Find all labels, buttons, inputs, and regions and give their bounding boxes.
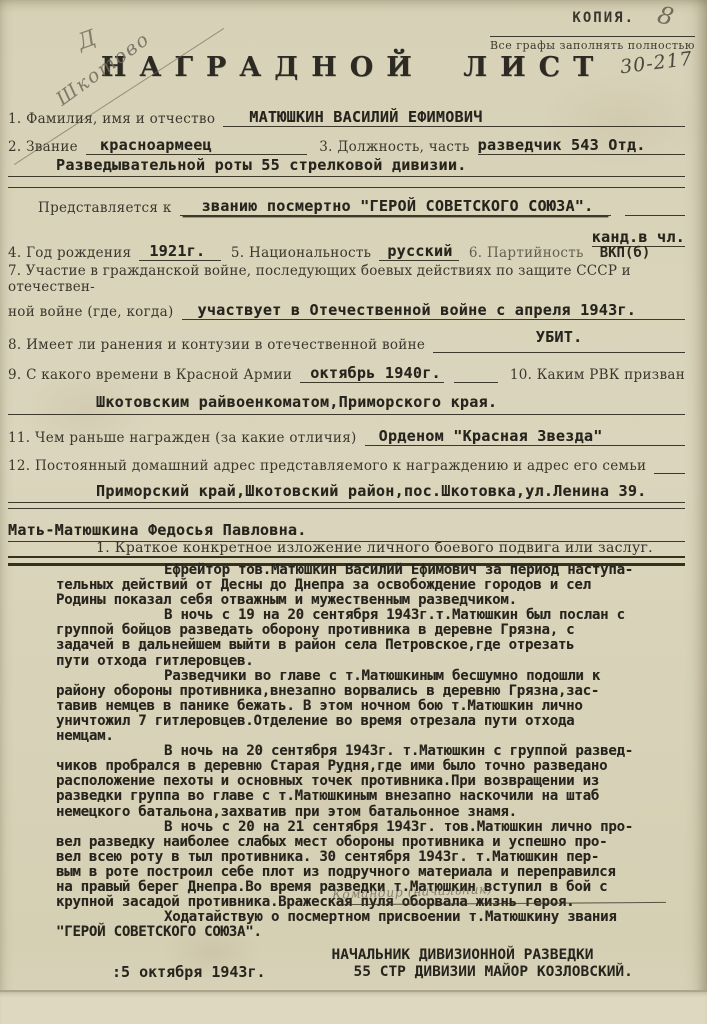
field-position-continuation: Разведывательной роты 55 стрелковой диви… xyxy=(8,156,685,177)
field-rvk-value: Шкотовским райвоенкоматом,Приморского кр… xyxy=(8,393,497,411)
field-position-value: разведчик 543 Отд. xyxy=(478,136,685,155)
field-wounds-underline: УБИТ. xyxy=(433,333,685,353)
field-rank-position-row: 2. Звание красноармеец 3. Должность, час… xyxy=(8,136,685,155)
feat-paragraph: Ходатайствую о посмертном присвоении т.М… xyxy=(56,910,665,940)
field-address-value: Приморский край,Шкотовский район,пос.Шко… xyxy=(8,482,647,500)
field-name-row: 1. Фамилия, имя и отчество МАТЮШКИН ВАСИ… xyxy=(8,108,685,127)
field-rvk-value-row: Шкотовским райвоенкоматом,Приморского кр… xyxy=(8,393,685,415)
signer: НАЧАЛЬНИК ДИВИЗИОННОЙ РАЗВЕДКИ 55 СТР ДИ… xyxy=(332,947,633,981)
field-presented-value: званию посмертно "ГЕРОЙ СОВЕТСКОГО СОЮЗА… xyxy=(180,197,611,216)
field-address-label: 12. Постоянный домашний адрес представля… xyxy=(8,458,654,474)
field-birthyear-value: 1921г. xyxy=(139,242,221,261)
field-party-value-line2: ВКП(б) xyxy=(592,245,685,261)
field-war-participation-row: ной войне (где, когда) участвует в Отече… xyxy=(8,301,685,320)
field-birth-nationality-party-row: 4. Год рождения 1921г. 5. Национальность… xyxy=(8,228,685,261)
field-name-label: 1. Фамилия, имя и отчество xyxy=(8,111,223,127)
fill-all-fields-note: Все графы заполнять полностью xyxy=(490,36,695,52)
feat-section-heading: 1. Краткое конкретное изложение личного … xyxy=(96,540,653,556)
field-war-participation-label2: ной войне (где, когда) xyxy=(8,304,182,320)
field-party-label: 6. Партийность xyxy=(459,245,592,261)
feat-paragraph: В ночь с 19 на 20 сентября 1943г.т.Матюш… xyxy=(56,608,665,668)
document-date: :5 октября 1943г. xyxy=(112,963,266,981)
handwritten-page-number: 8 xyxy=(655,1,677,32)
field-rank-label: 2. Звание xyxy=(8,139,86,155)
copy-stamp: КОПИЯ. xyxy=(572,10,635,26)
paper-bottom-edge xyxy=(0,990,707,1024)
field-war-participation-value: участвует в Отечественной войне с апреля… xyxy=(182,301,685,320)
feat-paragraph: Разведчики во главе с т.Матюшкиным бесшу… xyxy=(56,669,665,744)
field-prior-awards-label: 11. Чем раньше награжден (за какие отлич… xyxy=(8,430,365,446)
field-nationality-label: 5. Национальность xyxy=(221,245,379,261)
field-position-value-cont: Разведывательной роты 55 стрелковой диви… xyxy=(8,156,467,174)
pencil-initial: Д xyxy=(74,26,99,56)
field-address-value-row: Приморский край,Шкотовский район,пос.Шко… xyxy=(8,482,685,503)
signer-name: 55 СТР ДИВИЗИИ МАЙОР КОЗЛОВСКИЙ. xyxy=(332,964,633,981)
field-presented-row: Представляется к званию посмертно "ГЕРОЙ… xyxy=(8,197,685,216)
signer-title: НАЧАЛЬНИК ДИВИЗИОННОЙ РАЗВЕДКИ xyxy=(332,947,633,964)
field-prior-awards-value: Орденом "Красная Звезда" xyxy=(365,427,685,446)
field-position-label: 3. Должность, часть xyxy=(307,139,477,155)
field-army-since-value: октябрь 1940г. xyxy=(300,364,444,383)
field-wounds-value: УБИТ. xyxy=(536,328,583,346)
form-fields: 1. Фамилия, имя и отчество МАТЮШКИН ВАСИ… xyxy=(8,100,685,566)
award-sheet-document: КОПИЯ. 8 Все графы заполнять полностью Н… xyxy=(0,0,707,1024)
field-rvk-label: 10. Каким РВК призван xyxy=(498,367,685,383)
field-rank-value: красноармеец xyxy=(86,136,307,155)
field-name-value: МАТЮШКИН ВАСИЛИЙ ЕФИМОВИЧ xyxy=(223,108,685,127)
field-wounds-row: 8. Имеет ли ранения и контузии в отечест… xyxy=(8,333,685,353)
signature-block: :5 октября 1943г. НАЧАЛЬНИК ДИВИЗИОННОЙ … xyxy=(8,947,685,981)
field-birthyear-label: 4. Год рождения xyxy=(8,245,139,261)
feat-paragraph: Ефрейтор тов.Матюшкин Василий Ефимович з… xyxy=(56,563,665,608)
feat-paragraph: В ночь на 20 сентября 1943г. т.Матюшкин … xyxy=(56,744,665,819)
field-nationality-value: русский xyxy=(379,242,459,261)
field-party-value-stack: канд.в чл. ВКП(б) xyxy=(592,228,685,261)
feat-description: Ефрейтор тов.Матюшкин Василий Ефимович з… xyxy=(56,563,665,940)
field-army-since-row: 9. С какого времени в Красной Армии октя… xyxy=(8,364,685,383)
field-wounds-label: 8. Имеет ли ранения и контузии в отечест… xyxy=(8,337,433,353)
field-presented-label: Представляется к xyxy=(8,200,180,216)
address-second-underline xyxy=(8,508,685,509)
underline-segment xyxy=(654,473,685,474)
field-army-since-label: 9. С какого времени в Красной Армии xyxy=(8,367,300,383)
underline-segment xyxy=(454,382,498,383)
underline-segment xyxy=(625,215,685,216)
field-family-value: Мать-Матюшкина Федосья Павловна. xyxy=(8,521,307,539)
field-war-participation-label: 7. Участие в гражданской войне, последую… xyxy=(8,263,685,295)
field-address-row: 12. Постоянный домашний адрес представля… xyxy=(8,458,685,474)
field-family-row: Мать-Матюшкина Федосья Павловна. xyxy=(8,521,685,542)
field-prior-awards-row: 11. Чем раньше награжден (за какие отлич… xyxy=(8,427,685,446)
section-divider xyxy=(8,187,685,188)
